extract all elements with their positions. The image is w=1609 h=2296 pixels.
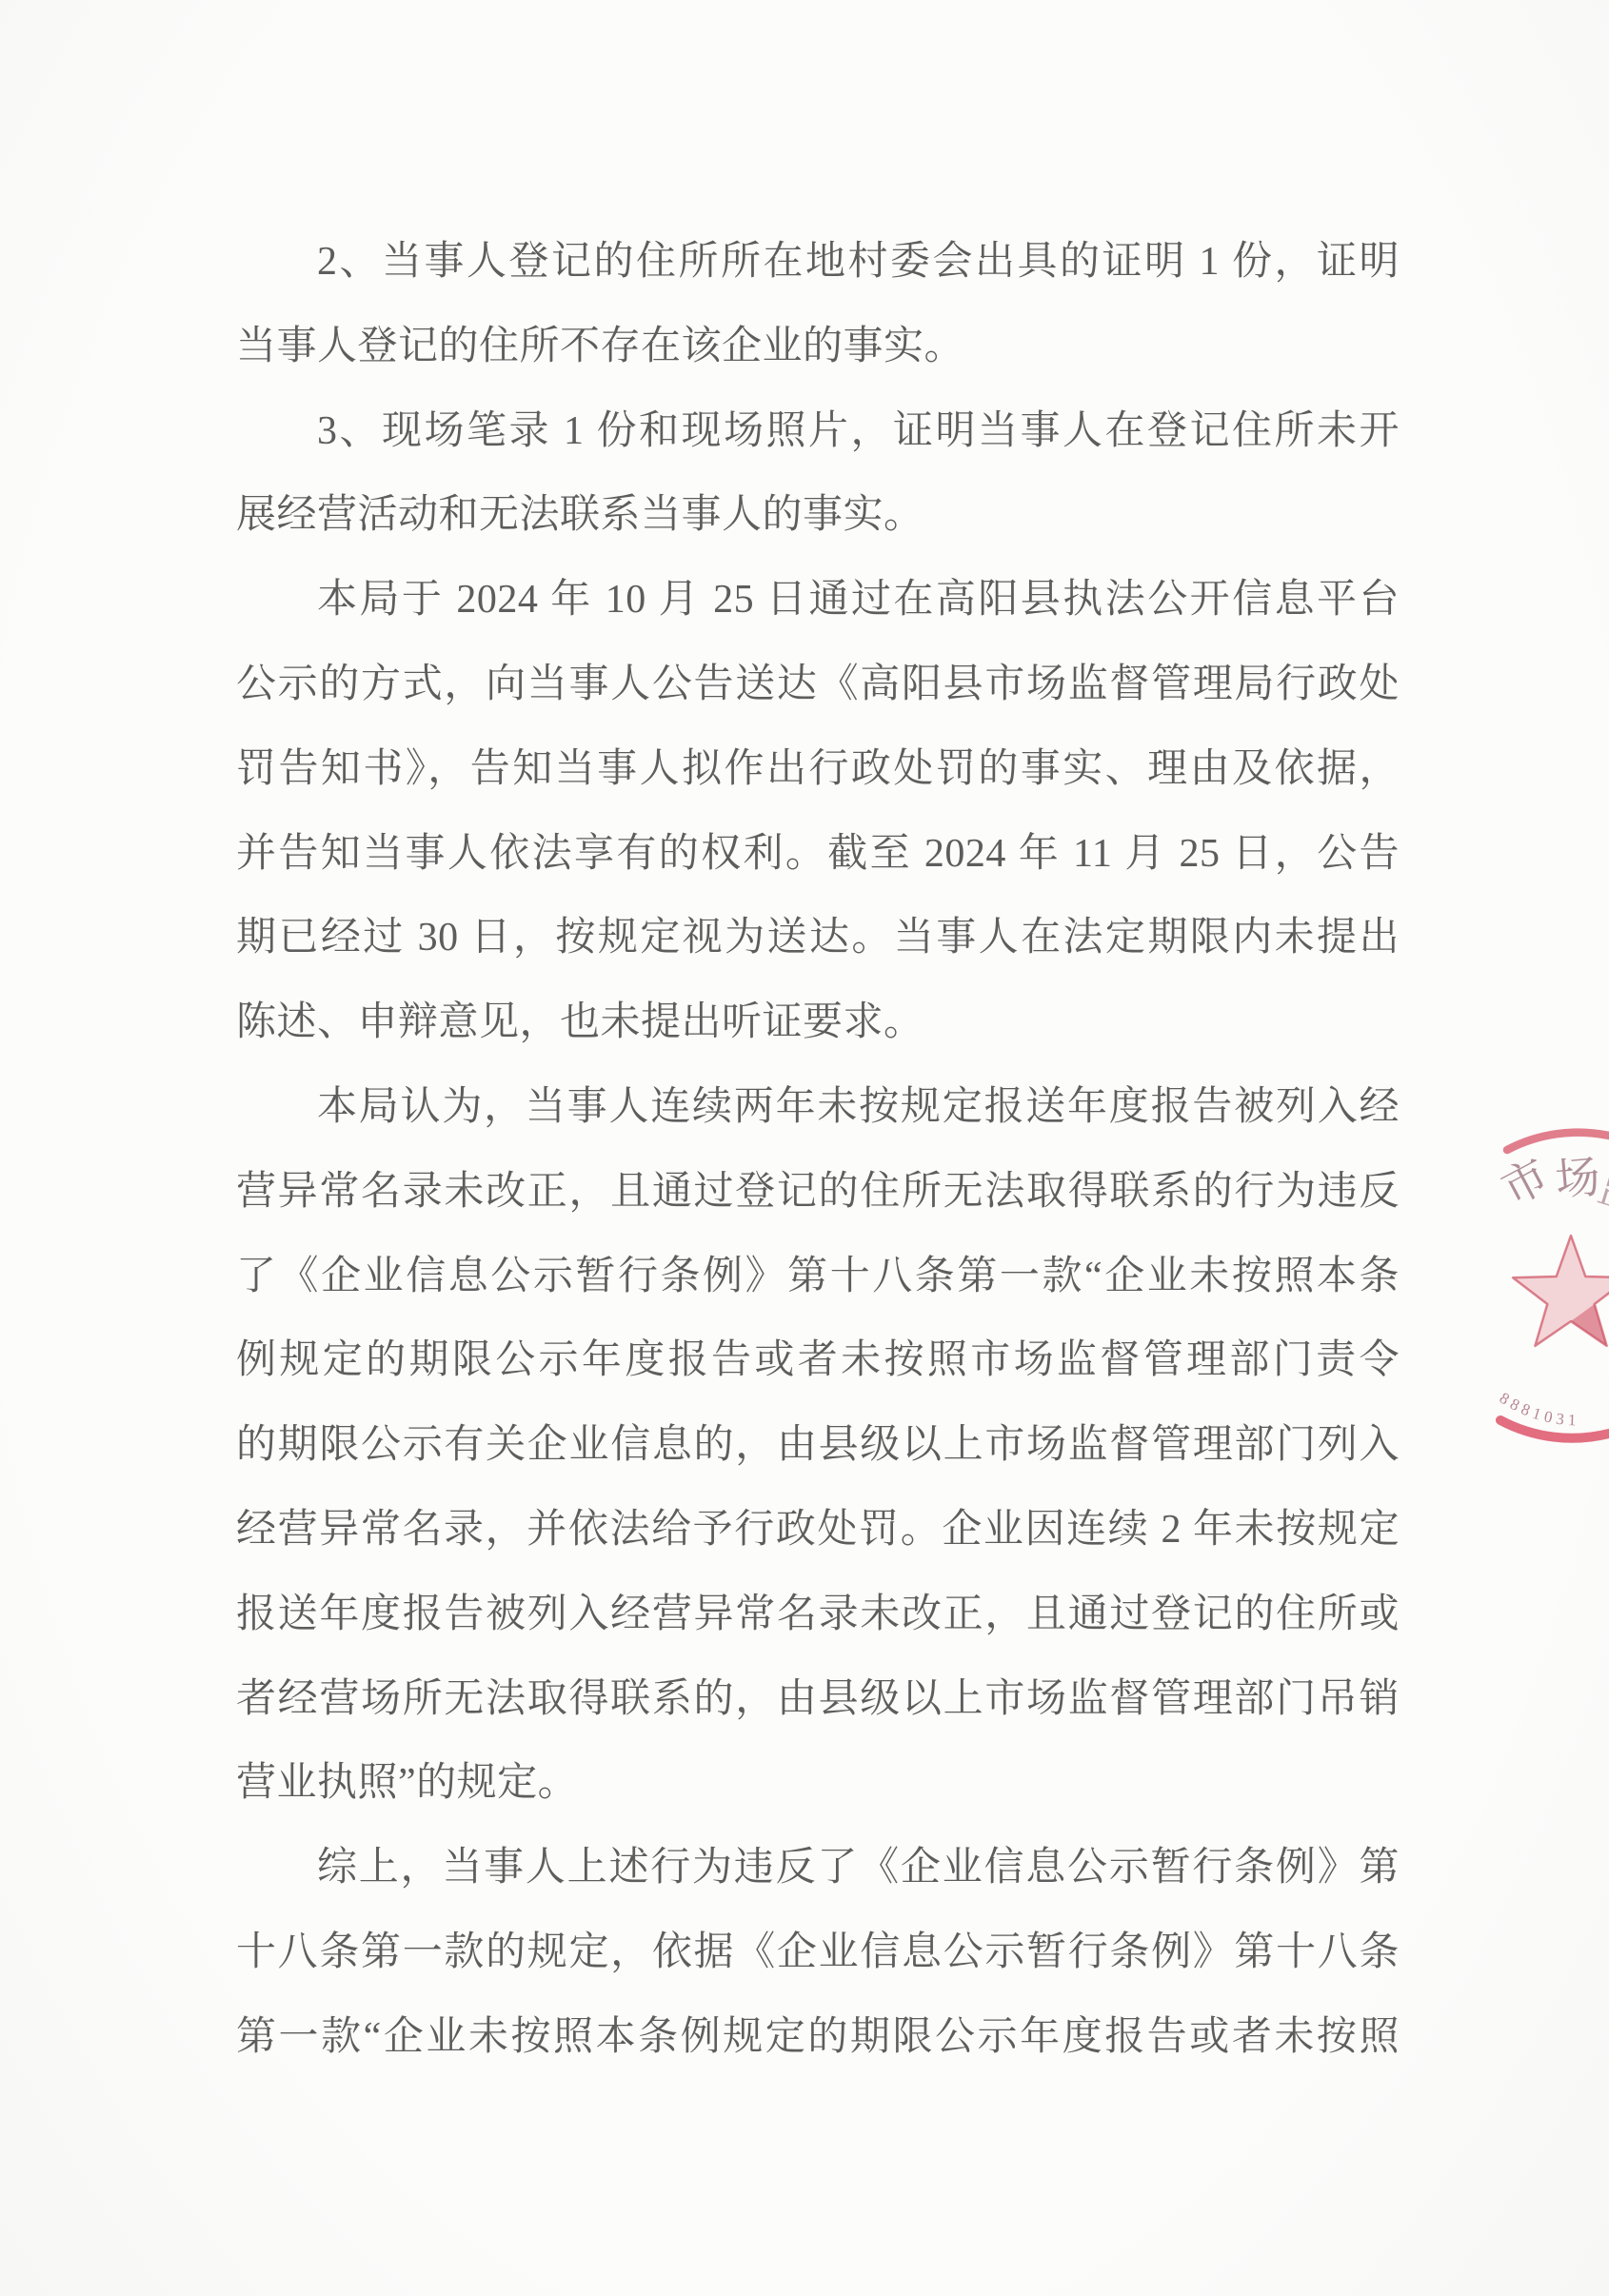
seal-ring-char: 场 [1553, 1153, 1601, 1206]
document-line: 例规定的期限公示年度报告或者未按照市场监督管理部门责令 [236, 1318, 1400, 1403]
seal-ring-top-arc [1507, 1133, 1609, 1150]
document-line: 本局认为，当事人连续两年未按规定报送年度报告被列入经 [236, 1065, 1400, 1150]
seal-ring-char: 监 [1593, 1162, 1609, 1222]
document-line: 期已经过 30 日，按规定视为送达。当事人在法定期限内未提出 [236, 896, 1400, 980]
document-body: 2、当事人登记的住所所在地村委会出具的证明 1 份，证明 当事人登记的住所不存在… [236, 220, 1400, 2080]
document-line: 展经营活动和无法联系当事人的事实。 [236, 473, 1400, 558]
document-line: 十八条第一款的规定，依据《企业信息公示暂行条例》第十八条 [236, 1910, 1400, 1995]
document-line: 营异常名录未改正，且通过登记的住所无法取得联系的行为违反 [236, 1150, 1400, 1235]
document-line: 公示的方式，向当事人公告送达《高阳县市场监督管理局行政处 [236, 643, 1400, 727]
document-line: 并告知当事人依法享有的权利。截至 2024 年 11 月 25 日，公告 [236, 812, 1400, 897]
document-line: 当事人登记的住所不存在该企业的事实。 [236, 305, 1400, 389]
seal-ring-bottom-arc [1500, 1420, 1609, 1438]
seal-ring-char: 市 [1495, 1151, 1558, 1216]
document-line: 罚告知书》，告知当事人拟作出行政处罚的事实、理由及依据， [236, 727, 1400, 812]
document-line: 本局于 2024 年 10 月 25 日通过在高阳县执法公开信息平台 [236, 558, 1400, 643]
document-line: 的期限公示有关企业信息的，由县级以上市场监督管理部门列入 [236, 1403, 1400, 1488]
document-line: 陈述、申辩意见，也未提出听证要求。 [236, 980, 1400, 1065]
document-line: 者经营场所无法取得联系的，由县级以上市场监督管理部门吊销 [236, 1657, 1400, 1742]
seal-serial-number: 8881031 [1497, 1389, 1580, 1430]
document-line: 3、现场笔录 1 份和现场照片，证明当事人在登记住所未开 [236, 389, 1400, 474]
document-line: 综上，当事人上述行为违反了《企业信息公示暂行条例》第 [236, 1826, 1400, 1910]
seal-star-shading [1571, 1304, 1607, 1346]
official-seal: 市 场 监 8881031 [1400, 1076, 1609, 1494]
document-page: 2、当事人登记的住所所在地村委会出具的证明 1 份，证明 当事人登记的住所不存在… [0, 0, 1609, 2296]
document-line: 报送年度报告被列入经营异常名录未改正，且通过登记的住所或 [236, 1573, 1400, 1657]
document-line: 第一款“企业未按照本条例规定的期限公示年度报告或者未按照 [236, 1995, 1400, 2080]
document-line: 2、当事人登记的住所所在地村委会出具的证明 1 份，证明 [236, 220, 1400, 305]
seal-star-icon [1513, 1236, 1609, 1346]
document-line: 经营异常名录，并依法给予行政处罚。企业因连续 2 年未按规定 [236, 1488, 1400, 1573]
document-line: 营业执照”的规定。 [236, 1741, 1400, 1826]
document-line: 了《企业信息公示暂行条例》第十八条第一款“企业未按照本条 [236, 1235, 1400, 1319]
